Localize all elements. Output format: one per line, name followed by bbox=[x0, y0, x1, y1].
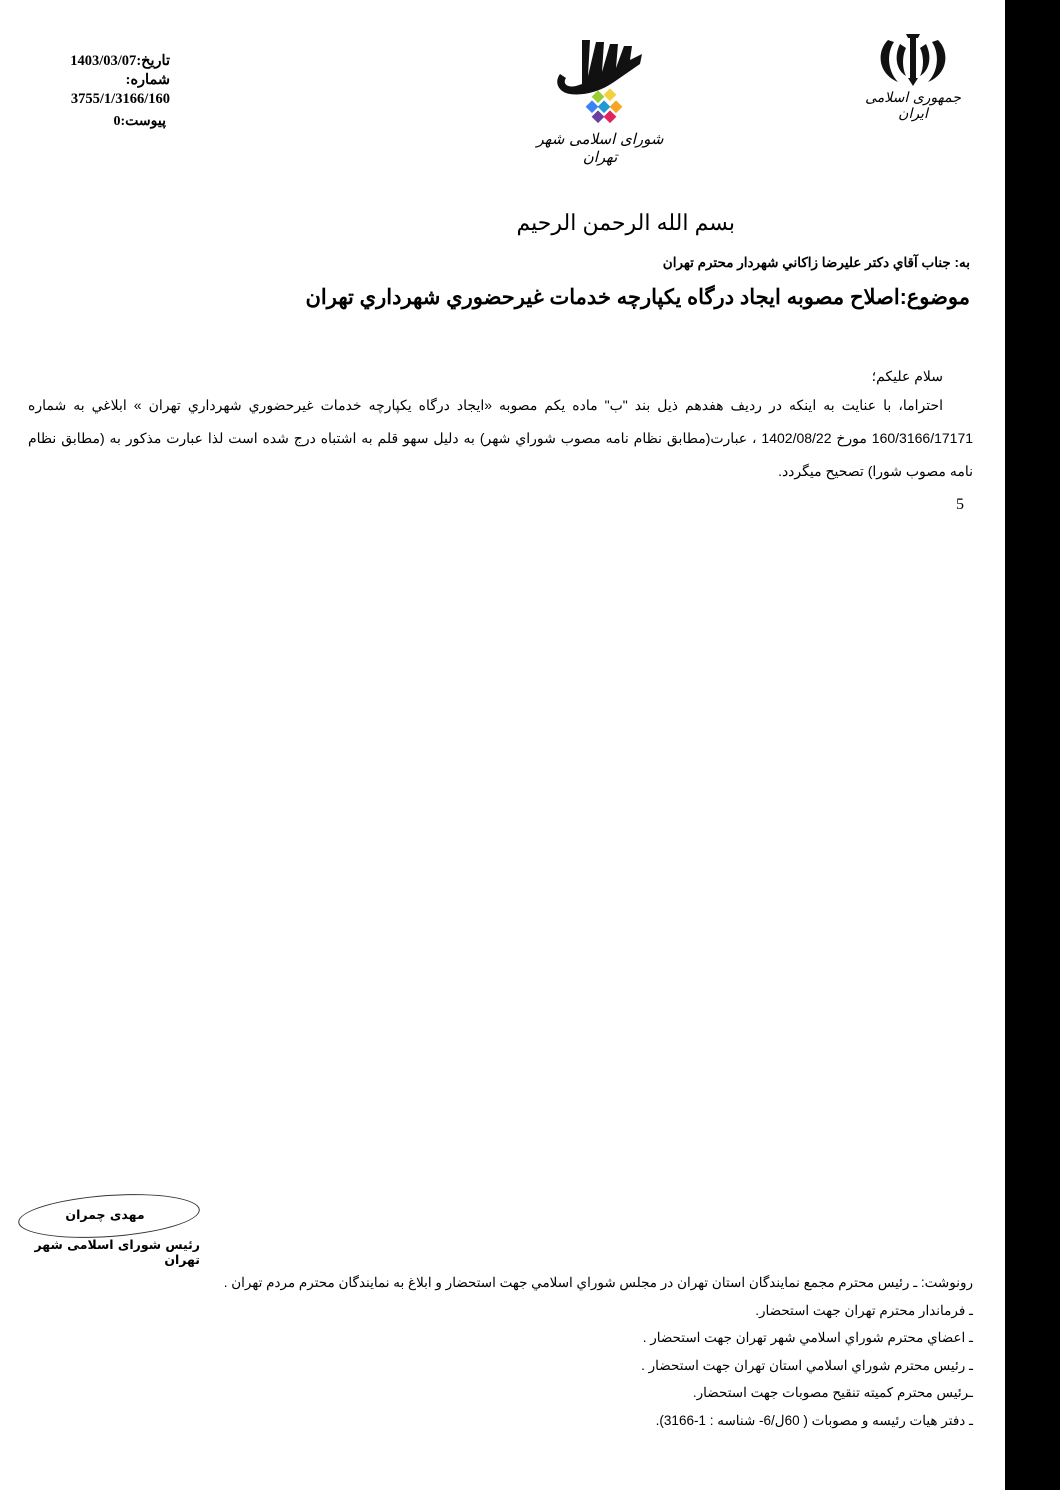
bismillah-heading: بسم الله الرحمن الرحیم bbox=[480, 210, 735, 236]
recipient-line: به: جناب آقاي دكتر عليرضا زاكاني شهردار … bbox=[560, 255, 970, 271]
signer-name: مهدی چمران bbox=[50, 1207, 160, 1222]
date-row: تاریخ:1403/03/07 bbox=[30, 52, 170, 71]
copy-item: ـ فرماندار محترم تهران جهت استحضار. bbox=[170, 1297, 973, 1325]
letter-meta: تاریخ:1403/03/07 شماره: 3755/1/3166/160 … bbox=[30, 52, 170, 109]
copy-item: ـ اعضاي محترم شوراي اسلامي شهر تهران جهت… bbox=[170, 1324, 973, 1352]
page-edge-bar bbox=[1005, 0, 1060, 1490]
state-emblem: جمهوری اسلامی ایران bbox=[858, 30, 968, 120]
signer-title: رئیس شورای اسلامی شهر تهران bbox=[10, 1237, 200, 1267]
letter-body: سلام علیکم؛ احتراما، با عنایت به اینکه د… bbox=[28, 365, 973, 488]
signature-block: مهدی چمران رئیس شورای اسلامی شهر تهران bbox=[10, 1193, 210, 1258]
date-value: 1403/03/07 bbox=[70, 53, 136, 69]
page-number: 5 bbox=[956, 496, 964, 514]
city-council-logo: شورای اسلامی شهر تهران bbox=[530, 38, 670, 158]
copy-item: ـ رئيس محترم شوراي اسلامي استان تهران جه… bbox=[170, 1352, 973, 1380]
iran-emblem-icon bbox=[858, 30, 968, 88]
number-label: شماره: bbox=[30, 71, 170, 90]
copies-list: رونوشت: ـ رئيس محترم مجمع نمايندگان استا… bbox=[170, 1269, 973, 1434]
copy-item: رونوشت: ـ رئيس محترم مجمع نمايندگان استا… bbox=[170, 1269, 973, 1297]
attachment-value: 0 bbox=[114, 114, 121, 129]
council-logo-caption: شورای اسلامی شهر تهران bbox=[530, 130, 670, 166]
greeting: سلام علیکم؛ bbox=[28, 365, 943, 387]
copy-item: ـ دفتر هيات رئيسه و مصوبات ( 60ل/6- شناس… bbox=[170, 1407, 973, 1435]
copy-item: ـرئيس محترم كميته تنقيح مصوبات جهت استحض… bbox=[170, 1379, 973, 1407]
attachment-row: پیوست:0 bbox=[114, 112, 167, 131]
council-calligraphy-icon bbox=[530, 38, 670, 130]
body-paragraph: احتراما، با عنایت به اینکه در ردیف هفدهم… bbox=[28, 389, 973, 488]
date-label: تاریخ: bbox=[136, 53, 170, 69]
subject-line: موضوع:اصلاح مصوبه ايجاد درگاه يكپارچه خد… bbox=[300, 283, 970, 313]
attachment-label: پیوست: bbox=[121, 114, 167, 129]
number-value-text: 3755/1/3166/160 bbox=[71, 91, 170, 107]
number-value: 3755/1/3166/160 bbox=[30, 90, 170, 109]
letter-page: تاریخ:1403/03/07 شماره: 3755/1/3166/160 … bbox=[0, 0, 1005, 1490]
emblem-caption: جمهوری اسلامی ایران bbox=[858, 90, 968, 122]
